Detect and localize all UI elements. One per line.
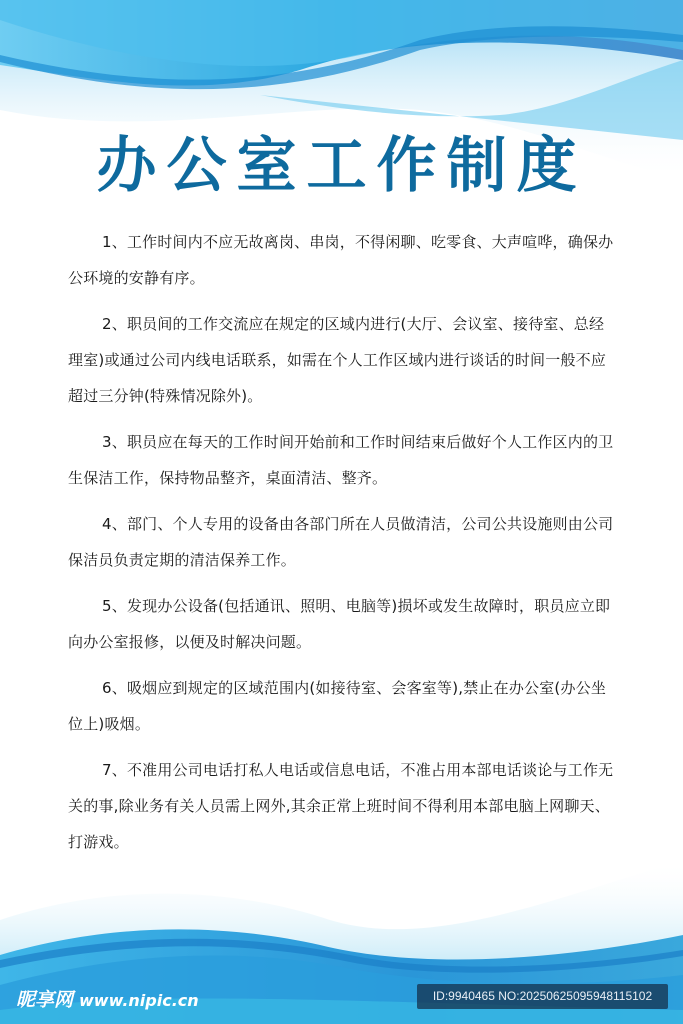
watermark-logo: 昵享网www.nipic.cn (16, 985, 199, 1012)
rule-item: 3、职员应在每天的工作时间开始前和工作时间结束后做好个人工作区内的卫生保洁工作，… (68, 424, 616, 496)
watermark-brand: 昵享网 (16, 989, 73, 1011)
watermark-site: www.nipic.cn (79, 991, 199, 1010)
rule-item: 2、职员间的工作交流应在规定的区域内进行(大厅、会议室、接待室、总经理室)或通过… (68, 306, 616, 414)
rule-item: 6、吸烟应到规定的区域范围内(如接待室、会客室等),禁止在办公室(办公坐位上)吸… (68, 670, 616, 742)
rules-list: 1、工作时间内不应无故离岗、串岗，不得闲聊、吃零食、大声喧哗，确保办公环境的安静… (68, 224, 616, 870)
rule-item: 7、不准用公司电话打私人电话或信息电话，不准占用本部电话谈论与工作无关的事,除业… (68, 752, 616, 860)
page-title: 办公室工作制度 (0, 118, 683, 204)
watermark-id: ID:9940465 NO:20250625095948115102 (417, 984, 668, 1009)
rule-item: 1、工作时间内不应无故离岗、串岗，不得闲聊、吃零食、大声喧哗，确保办公环境的安静… (68, 224, 616, 296)
rule-item: 5、发现办公设备(包括通讯、照明、电脑等)损坏或发生故障时，职员应立即向办公室报… (68, 588, 616, 660)
rule-item: 4、部门、个人专用的设备由各部门所在人员做清洁，公司公共设施则由公司保洁员负责定… (68, 506, 616, 578)
